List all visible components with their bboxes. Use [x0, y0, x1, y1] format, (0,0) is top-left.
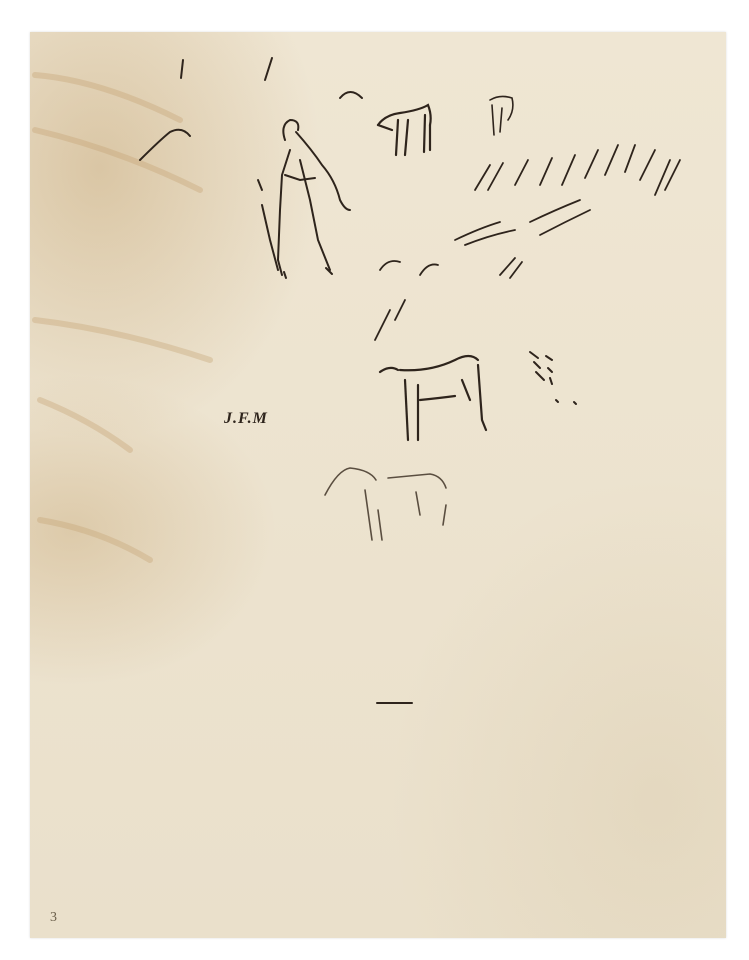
cow-top-right: [490, 96, 513, 135]
horse-middle: [380, 356, 486, 440]
cow-top-left: [378, 105, 431, 155]
field-strokes: [375, 145, 680, 340]
figure-with-staff: [258, 120, 350, 278]
artist-monogram: J.F.M: [224, 410, 268, 428]
ink-sketch: [0, 0, 749, 960]
top-marks: [140, 58, 362, 160]
stain-streaks: [35, 75, 210, 560]
corner-number: 3: [50, 910, 57, 926]
horse-lower: [325, 468, 446, 540]
dash-marks: [530, 352, 576, 404]
